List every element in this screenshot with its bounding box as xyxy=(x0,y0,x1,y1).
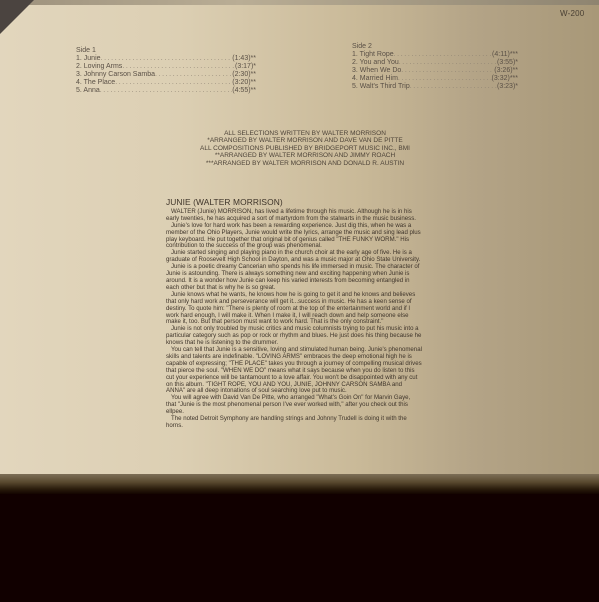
liner-paragraph: WALTER (Junie) MORRISON, has lived a lif… xyxy=(166,209,422,223)
track-duration: (3:32)*** xyxy=(492,75,518,83)
leader-dots xyxy=(122,63,235,71)
liner-paragraph: Junie is not only troubled by music crit… xyxy=(166,326,422,347)
side-1-tracklist: Side 1 1. Junie(1:43)**2. Loving Arms(3:… xyxy=(76,47,256,95)
leader-dots xyxy=(398,75,492,83)
track-row: 1. Junie(1:43)** xyxy=(76,55,256,63)
credit-line: All Compositions Published by Bridgeport… xyxy=(160,145,450,152)
track-duration: (1:43)** xyxy=(232,55,256,63)
torn-corner xyxy=(0,0,34,34)
side-2-title: Side 2 xyxy=(352,43,518,51)
leader-dots xyxy=(115,79,232,87)
track-row: 1. Tight Rope(4:11)*** xyxy=(352,51,518,59)
liner-paragraph: Junie's love for hard work has been a re… xyxy=(166,223,422,251)
track-name: 3. Johnny Carson Samba xyxy=(76,71,155,79)
track-name: 4. The Place xyxy=(76,79,115,87)
track-row: 2. You and You(3:55)* xyxy=(352,59,518,67)
track-row: 3. When We Do(3:26)** xyxy=(352,67,518,75)
track-duration: (3:55)* xyxy=(497,59,518,67)
track-row: 3. Johnny Carson Samba(2:30)** xyxy=(76,71,256,79)
track-row: 2. Loving Arms(3:17)* xyxy=(76,63,256,71)
liner-paragraph: You can tell that Junie is a sensitive, … xyxy=(166,347,422,395)
track-name: 1. Tight Rope xyxy=(352,51,394,59)
leader-dots xyxy=(100,87,233,95)
liner-notes-heading: JUNIE (WALTER MORRISON) xyxy=(166,199,422,206)
credit-line: All Selections Written by Walter Morriso… xyxy=(160,130,450,137)
track-name: 5. Anna xyxy=(76,87,100,95)
leader-dots xyxy=(101,55,233,63)
leader-dots xyxy=(394,51,492,59)
track-name: 4. Married Him xyxy=(352,75,398,83)
track-duration: (3:17)* xyxy=(235,63,256,71)
track-duration: (3:23)* xyxy=(497,83,518,91)
liner-paragraph: Junie knows what he wants, he knows how … xyxy=(166,292,422,327)
track-duration: (3:26)** xyxy=(494,67,518,75)
credit-line: *Arranged by Walter Morrison and Dave Va… xyxy=(160,137,450,144)
track-name: 5. Walt's Third Trip xyxy=(352,83,410,91)
track-row: 4. The Place(3:20)** xyxy=(76,79,256,87)
album-back-cover: W-200 Side 1 1. Junie(1:43)**2. Loving A… xyxy=(0,0,599,482)
liner-paragraph: The noted Detroit Symphony are handling … xyxy=(166,416,422,430)
catalog-number: W-200 xyxy=(560,9,584,18)
liner-paragraph: You will agree with David Van De Pitte, … xyxy=(166,395,422,416)
leader-dots xyxy=(401,67,494,75)
track-name: 3. When We Do xyxy=(352,67,401,75)
track-duration: (4:55)** xyxy=(232,87,256,95)
leader-dots xyxy=(155,71,232,79)
liner-notes: JUNIE (WALTER MORRISON) WALTER (Junie) M… xyxy=(166,199,422,430)
track-name: 2. You and You xyxy=(352,59,399,67)
credits-block: All Selections Written by Walter Morriso… xyxy=(160,130,450,167)
track-name: 2. Loving Arms xyxy=(76,63,122,71)
leader-dots xyxy=(410,83,497,91)
track-row: 4. Married Him(3:32)*** xyxy=(352,75,518,83)
track-duration: (3:20)** xyxy=(232,79,256,87)
liner-paragraph: Junie started singing and playing piano … xyxy=(166,250,422,264)
side-1-title: Side 1 xyxy=(76,47,256,55)
leader-dots xyxy=(399,59,497,67)
track-row: 5. Anna(4:55)** xyxy=(76,87,256,95)
liner-paragraph: Junie is a poetic dreamy Cancerian who s… xyxy=(166,264,422,292)
track-duration: (2:30)** xyxy=(232,71,256,79)
track-duration: (4:11)*** xyxy=(492,51,518,59)
credit-line: **Arranged by Walter Morrison and Jimmy … xyxy=(160,152,450,159)
credit-line: ***Arranged by Walter Morrison and Donal… xyxy=(160,160,450,167)
track-name: 1. Junie xyxy=(76,55,101,63)
cover-bottom-edge xyxy=(0,474,599,494)
track-row: 5. Walt's Third Trip(3:23)* xyxy=(352,83,518,91)
side-2-tracklist: Side 2 1. Tight Rope(4:11)***2. You and … xyxy=(352,43,518,91)
